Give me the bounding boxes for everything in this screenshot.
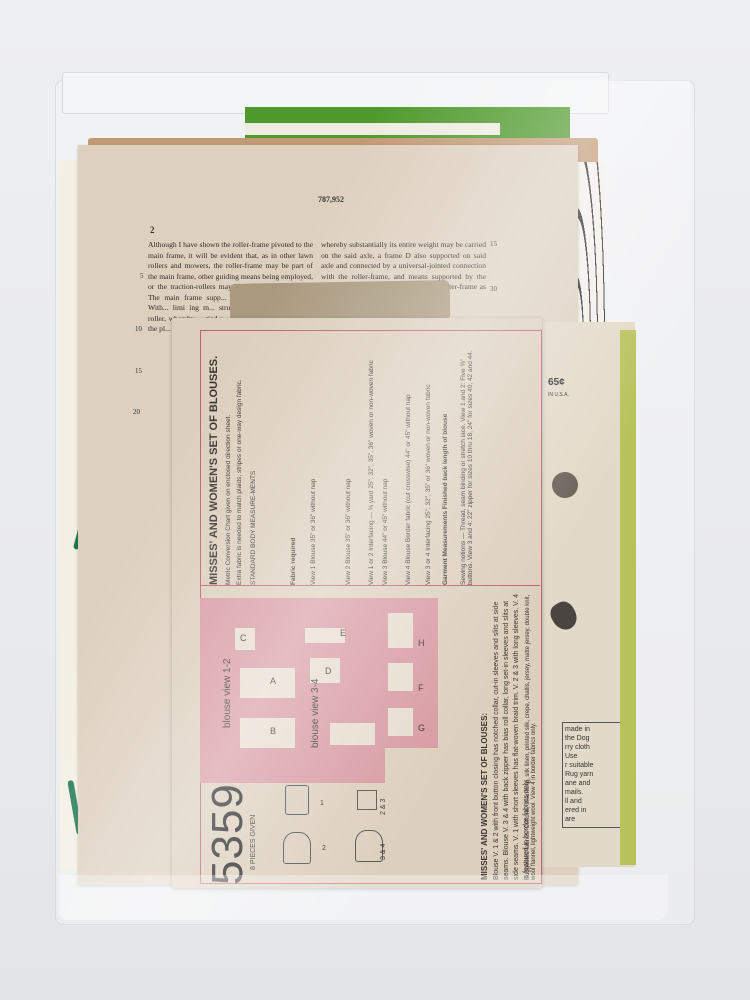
piece-group-label: blouse view 3-4 [310,679,321,748]
description-title: MISSES' AND WOMEN'S SET OF BLOUSES: [480,713,489,880]
piece-group-label: blouse view 1-2 [222,659,233,728]
piece-letter: G [418,723,425,733]
view-label: 1 [320,800,324,807]
fabric-required-label: Fabric required [290,538,297,585]
line-number: 30 [490,285,497,293]
piece-letter: D [325,666,332,676]
line-number: 10 [135,325,142,333]
line-number: 20 [133,408,140,416]
line-number: 5 [140,272,144,280]
fabric-row: View 4 Blouse Border fabric (cut crosswi… [405,394,412,585]
fabric-row: View 1 or 2 Interfacing — ⅝ yard 25", 32… [368,360,375,585]
extra-fabric-note: Extra fabric is needed to match plaids, … [236,379,243,585]
view-label: 2 & 3 [380,799,387,815]
view-label: 3 & 4 [380,844,387,860]
sewing-notions: Sewing notions — Thread, seam binding or… [460,345,474,585]
piece-letter: B [270,726,276,736]
pieces-given: 8 PIECES GIVEN [250,815,257,870]
price-sub: IN U.S.A. [548,392,569,398]
stuffed-toy-illustration [547,598,582,634]
chart-divider [200,585,540,586]
piece-letter: E [340,628,346,638]
blouse-view-2-sketch [283,832,311,864]
view-label: 2 [322,845,326,852]
fabric-row: View 2 Blouse 35" or 36" without nap [345,479,352,585]
line-number: 15 [490,240,497,248]
pattern-piece-diagram-2: H F G [383,598,438,748]
piece-letter: C [240,633,247,643]
yarn-illustration [552,472,578,498]
fabric-row: View 1 Blouse 35" or 36" without nap [310,479,317,585]
page-number: 2 [150,225,155,235]
pattern-piece-diagram: blouse view 1-2 blouse view 3-4 A B C D … [200,598,385,783]
fabric-row: View 3 or 4 Interfacing 25", 32", 35" or… [425,384,432,585]
green-card-label-strip [245,123,500,135]
suggested-fabrics: Suggested fabrics: Cottons, shantung, si… [525,590,537,880]
fabric-row: View 3 Blouse 44" or 45" without nap [382,479,389,585]
patent-number: 787,952 [318,195,344,204]
fabric-row: Garment Measurements Finished back lengt… [442,414,449,585]
piece-letter: F [418,683,424,693]
border-fabric-swatch [357,790,377,810]
blouse-view-1-sketch [285,785,309,815]
metric-note: Metric Conversion Chart given on enclose… [225,415,232,585]
line-number: 15 [135,367,142,375]
green-envelope-edge [620,330,636,865]
chart-title: MISSES' AND WOMEN'S SET OF BLOUSES. [208,356,220,585]
bag-bottom-fold [58,875,668,920]
piece-letter: A [270,676,276,686]
piece-letter: H [418,638,425,648]
price-label: 65¢ [548,377,565,388]
pattern-number: 5359 [203,783,253,885]
blouse-view-3-4-sketch [355,830,383,862]
measurements-label: STANDARD BODY MEASURE-MENTS [250,471,257,585]
